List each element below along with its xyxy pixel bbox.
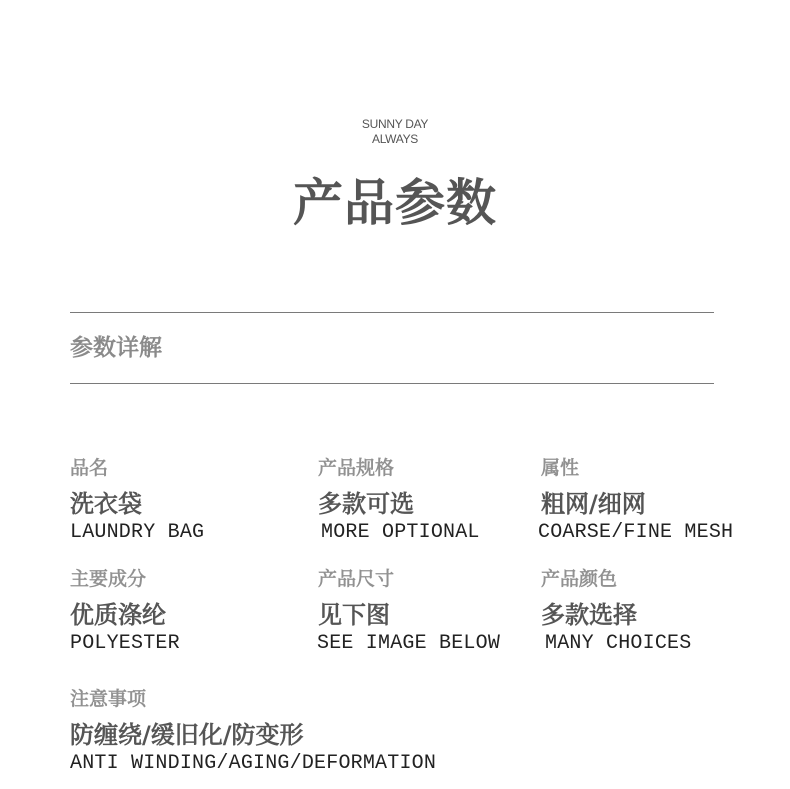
page-title: 产品参数 xyxy=(0,172,790,234)
param-material: 主要成分 优质涤纶 POLYESTER xyxy=(70,568,180,656)
section-title: 参数详解 xyxy=(70,333,162,363)
param-value-en: POLYESTER xyxy=(70,632,180,656)
param-label: 属性 xyxy=(541,457,733,479)
param-value-en: LAUNDRY BAG xyxy=(70,521,204,545)
param-label: 产品颜色 xyxy=(541,568,691,590)
param-label: 产品尺寸 xyxy=(318,568,500,590)
tagline-line-1: SUNNY DAY xyxy=(0,117,790,132)
param-value-en: MORE OPTIONAL xyxy=(321,521,480,545)
param-label: 注意事项 xyxy=(70,688,436,710)
param-size: 产品尺寸 见下图 SEE IMAGE BELOW xyxy=(318,568,500,656)
param-label: 产品规格 xyxy=(318,457,480,479)
divider-bottom xyxy=(70,383,714,384)
param-value-cn: 多款选择 xyxy=(541,601,691,629)
param-label: 品名 xyxy=(70,457,204,479)
param-value-cn: 防缠绕/缓旧化/防变形 xyxy=(70,721,436,749)
param-attribute: 属性 粗网/细网 COARSE/FINE MESH xyxy=(541,457,733,545)
param-value-en: COARSE/FINE MESH xyxy=(538,521,733,545)
param-value-cn: 多款可选 xyxy=(318,490,480,518)
param-product-name: 品名 洗衣袋 LAUNDRY BAG xyxy=(70,457,204,545)
param-value-en: MANY CHOICES xyxy=(545,632,691,656)
param-notes: 注意事项 防缠绕/缓旧化/防变形 ANTI WINDING/AGING/DEFO… xyxy=(70,688,436,776)
param-value-cn: 见下图 xyxy=(318,601,500,629)
tagline-line-2: ALWAYS xyxy=(0,132,790,147)
tagline: SUNNY DAY ALWAYS xyxy=(0,117,790,147)
param-product-spec: 产品规格 多款可选 MORE OPTIONAL xyxy=(318,457,480,545)
divider-top xyxy=(70,312,714,313)
param-value-en: SEE IMAGE BELOW xyxy=(317,632,500,656)
param-value-en: ANTI WINDING/AGING/DEFORMATION xyxy=(70,752,436,776)
param-value-cn: 粗网/细网 xyxy=(541,490,733,518)
param-value-cn: 洗衣袋 xyxy=(70,490,204,518)
param-label: 主要成分 xyxy=(70,568,180,590)
param-value-cn: 优质涤纶 xyxy=(70,601,180,629)
param-color: 产品颜色 多款选择 MANY CHOICES xyxy=(541,568,691,656)
